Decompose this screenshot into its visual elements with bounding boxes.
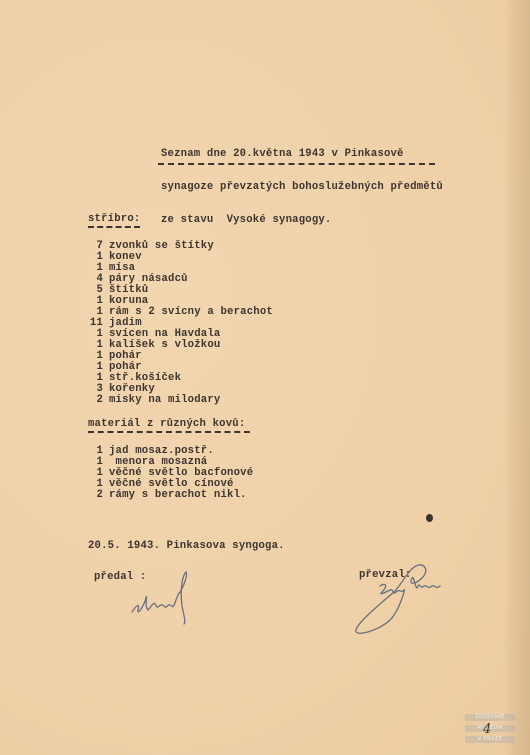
- section-underline: [88, 226, 140, 228]
- watermark-line: ŽIDOVSKÉ: [465, 714, 515, 721]
- section-title-silver: stříbro:: [88, 214, 140, 225]
- ink-blot: [426, 514, 433, 522]
- heading-line: Seznam dne 20.května 1943 v Pinkasově: [161, 149, 443, 160]
- item-description: rámy s berachot nikl.: [109, 489, 247, 501]
- list-item: 2misky na milodary: [88, 395, 220, 406]
- heading-line: synagoze převzatých bohoslužebných předm…: [161, 182, 443, 193]
- section-underline: [88, 431, 250, 433]
- page-number: 4: [483, 722, 491, 737]
- heading-line: ze stavu Vysoké synagogy.: [161, 215, 443, 226]
- signature-handed-over: [128, 566, 208, 626]
- section-title-metals: materiál z různých kovů:: [88, 419, 245, 430]
- list-item: 7zvonků se štítky: [88, 241, 214, 252]
- watermark-line: V PRAZE: [465, 736, 515, 743]
- list-item: 2rámy s berachot nikl.: [88, 490, 247, 501]
- date-line: 20.5. 1943. Pinkasova syngoga.: [88, 541, 285, 552]
- item-quantity: 2: [88, 395, 103, 406]
- signature-received: [350, 560, 465, 640]
- document-page: Seznam dne 20.května 1943 v Pinkasově sy…: [0, 0, 530, 755]
- document-heading: Seznam dne 20.května 1943 v Pinkasově sy…: [161, 127, 443, 248]
- item-quantity: 2: [88, 490, 103, 501]
- item-description: misky na milodary: [109, 394, 220, 406]
- heading-underline: [158, 163, 435, 165]
- list-item: 1kalíšek s vložkou: [88, 340, 220, 351]
